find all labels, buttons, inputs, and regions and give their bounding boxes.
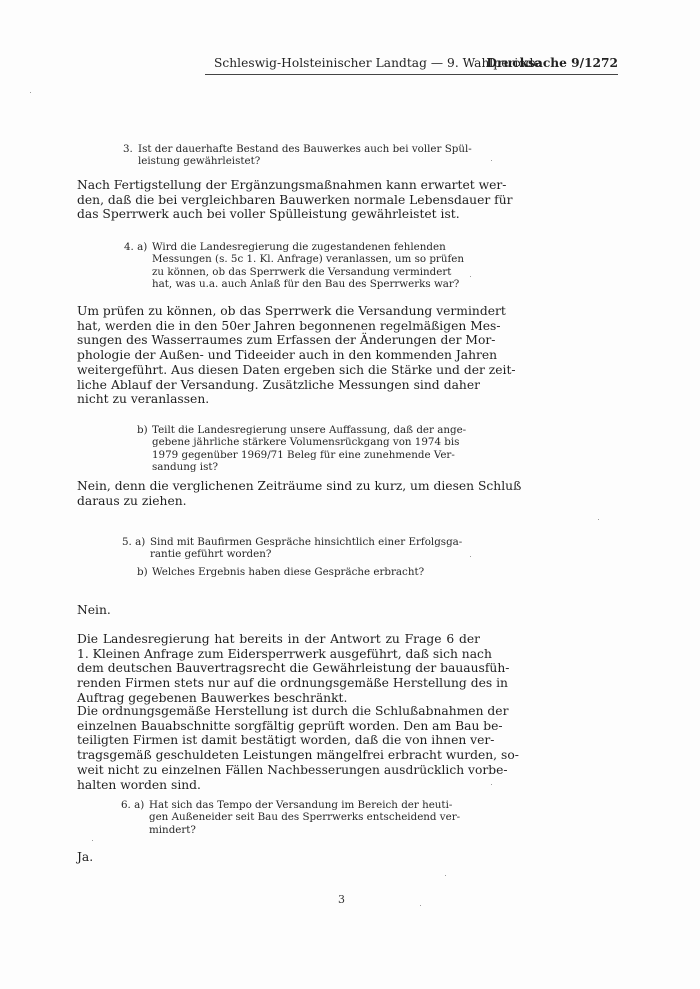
question-line: gen Außeneider seit Bau des Sperrwerks e… — [149, 811, 439, 823]
answer-line: 1. Kleinen Anfrage zum Eidersperrwerk au… — [77, 647, 480, 662]
answer-line: weitergeführt. Aus diesen Daten ergeben … — [77, 363, 480, 378]
question-number: 4. a) — [124, 241, 147, 253]
answer-line: phologie der Außen- und Tideeider auch i… — [77, 348, 480, 363]
scan-speck — [420, 905, 421, 906]
answer-line: Die Landesregierung hat bereits in der A… — [77, 632, 480, 647]
question-3: 3. Ist der dauerhafte Bestand des Bauwer… — [123, 143, 439, 168]
question-line: rantie geführt worden? — [150, 548, 439, 560]
answer-line: Nach Fertigstellung der Ergänzungsmaßnah… — [77, 178, 479, 193]
question-line: zu können, ob das Sperrwerk die Versandu… — [152, 266, 439, 278]
answer-5-paragraph-2: Die ordnungsgemäße Herstellung ist durch… — [77, 704, 480, 792]
answer-line: Nein, denn die verglichenen Zeiträume si… — [77, 479, 467, 494]
answer-line: liche Ablauf der Versandung. Zusätzliche… — [77, 378, 480, 393]
question-line: Messungen (s. 5c 1. Kl. Anfrage) veranla… — [152, 253, 439, 265]
document-number: Drucksache 9/1272 — [486, 56, 618, 70]
question-number: 6. a) — [121, 799, 144, 811]
question-line: Ist der dauerhafte Bestand des Bauwerkes… — [138, 143, 439, 155]
question-number: b) — [137, 566, 148, 578]
answer-line: Nein. — [77, 603, 484, 618]
question-number: 3. — [123, 143, 133, 155]
question-line: Wird die Landesregierung die zugestanden… — [152, 241, 439, 253]
question-5b: b) Welches Ergebnis haben diese Gespräch… — [137, 566, 439, 578]
answer-line: daraus zu ziehen. — [77, 494, 467, 509]
answer-5-short: Nein. — [77, 603, 484, 618]
question-6a: 6. a) Hat sich das Tempo der Versandung … — [121, 799, 439, 836]
question-number: b) — [137, 424, 148, 436]
scan-speck — [445, 875, 446, 876]
answer-line: einzelnen Bauabschnitte sorgfältig geprü… — [77, 719, 480, 734]
answer-6a: Ja. — [77, 850, 484, 865]
question-line: gebene jährliche stärkere Volumensrückga… — [152, 436, 439, 448]
answer-line: sungen des Wasserraumes zum Erfassen der… — [77, 333, 480, 348]
answer-line: Ja. — [77, 850, 484, 865]
scan-speck — [92, 840, 93, 841]
scan-speck — [598, 519, 599, 520]
question-5a: 5. a) Sind mit Baufirmen Gespräche hinsi… — [122, 536, 439, 561]
answer-line: renden Firmen stets nur auf die ordnungs… — [77, 676, 480, 691]
question-line: sandung ist? — [152, 461, 439, 473]
scan-speck — [30, 92, 31, 93]
question-line: hat, was u.a. auch Anlaß für den Bau des… — [152, 278, 439, 290]
question-line: Hat sich das Tempo der Versandung im Ber… — [149, 799, 439, 811]
answer-line: Um prüfen zu können, ob das Sperrwerk di… — [77, 304, 480, 319]
answer-line: tragsgemäß geschuldeten Leistungen mänge… — [77, 748, 480, 763]
answer-line: nicht zu veranlassen. — [77, 392, 480, 407]
answer-4a: Um prüfen zu können, ob das Sperrwerk di… — [77, 304, 480, 407]
question-number: 5. a) — [122, 536, 145, 548]
answer-line: dem deutschen Bauvertragsrecht die Gewäh… — [77, 661, 480, 676]
scan-speck — [491, 784, 492, 785]
document-page: Schleswig-Holsteinischer Landtag — 9. Wa… — [0, 0, 700, 989]
scan-speck — [491, 160, 492, 161]
answer-line: halten worden sind. — [77, 778, 480, 793]
scan-speck — [470, 276, 471, 277]
answer-line: hat, werden die in den 50er Jahren begon… — [77, 319, 480, 334]
answer-line: Die ordnungsgemäße Herstellung ist durch… — [77, 704, 480, 719]
answer-line: den, daß die bei vergleichbaren Bauwerke… — [77, 193, 479, 208]
page-number: 3 — [338, 893, 345, 906]
page-header: Schleswig-Holsteinischer Landtag — 9. Wa… — [205, 56, 618, 75]
scan-speck — [470, 556, 471, 557]
answer-4b: Nein, denn die verglichenen Zeiträume si… — [77, 479, 467, 508]
question-line: 1979 gegenüber 1969/71 Beleg für eine zu… — [152, 449, 439, 461]
answer-line: weit nicht zu einzelnen Fällen Nachbesse… — [77, 763, 480, 778]
question-4a: 4. a) Wird die Landesregierung die zuges… — [124, 241, 439, 290]
question-line: Teilt die Landesregierung unsere Auffass… — [152, 424, 439, 436]
answer-5-paragraph-1: Die Landesregierung hat bereits in der A… — [77, 632, 480, 706]
answer-3: Nach Fertigstellung der Ergänzungsmaßnah… — [77, 178, 479, 222]
question-line: mindert? — [149, 824, 439, 836]
question-line: Sind mit Baufirmen Gespräche hinsichtlic… — [150, 536, 439, 548]
answer-line: teiligten Firmen ist damit bestätigt wor… — [77, 733, 480, 748]
question-line: Welches Ergebnis haben diese Gespräche e… — [152, 566, 439, 578]
question-line: leistung gewährleistet? — [138, 155, 439, 167]
question-4b: b) Teilt die Landesregierung unsere Auff… — [137, 424, 439, 473]
answer-line: das Sperrwerk auch bei voller Spülleistu… — [77, 207, 479, 222]
